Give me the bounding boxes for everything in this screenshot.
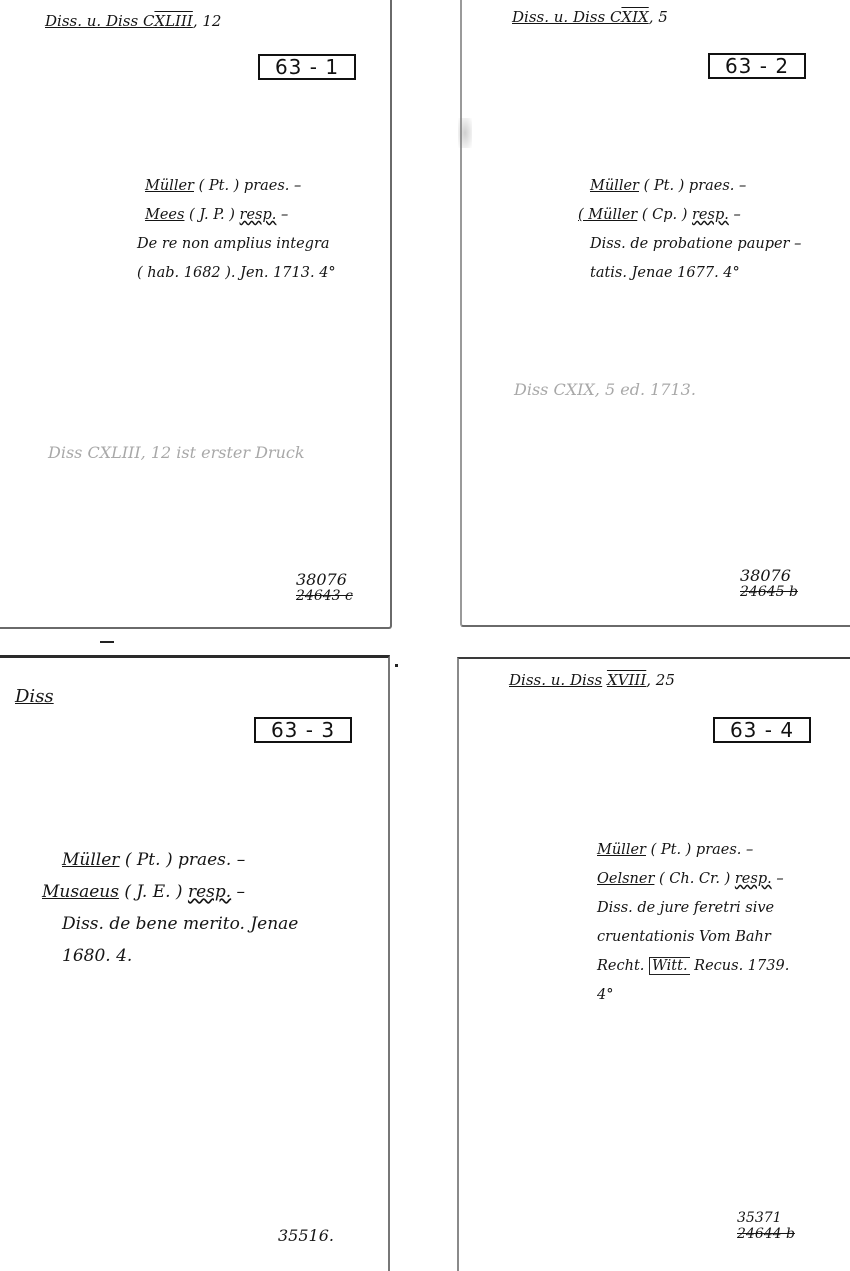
praeses-name: Müller	[597, 842, 646, 858]
shelfmark-prefix: Diss	[15, 686, 54, 707]
bibliographic-entry: Müller ( Pt. ) praes. – Oelsner ( Ch. Cr…	[597, 836, 789, 1010]
respondent-tail: –	[729, 207, 741, 223]
bibliographic-entry: Müller ( Pt. ) praes. – Mees ( J. P. ) r…	[145, 172, 336, 288]
imprint-place: Recht.	[597, 958, 649, 974]
old-accession-number: 24643 c	[296, 588, 353, 604]
praeses-detail: ( Pt. ) praes. –	[646, 842, 753, 858]
respondent-tail: –	[772, 871, 784, 887]
shelfmark-roman: XIX	[621, 8, 648, 26]
format-line: 4°	[597, 981, 789, 1010]
title-line-2: cruentationis Vom Bahr	[597, 923, 789, 952]
accession-number: 35371	[737, 1210, 795, 1226]
praeses-name: Müller	[590, 178, 639, 194]
accession-numbers: 38076 24645 b	[740, 568, 798, 600]
respondent-line: Oelsner ( Ch. Cr. ) resp. –	[597, 865, 789, 894]
accession-number: 38076	[296, 572, 353, 588]
accession-numbers: 38076 24643 c	[296, 572, 353, 604]
title-line: De re non amplius integra	[137, 230, 336, 259]
respondent-name: Musaeus	[42, 882, 119, 902]
respondent-role: resp.	[240, 207, 277, 223]
respondent-detail: ( Ch. Cr. )	[654, 871, 734, 887]
respondent-role: resp.	[188, 882, 231, 902]
respondent-detail: ( J. E. )	[119, 882, 188, 902]
praeses-detail: ( Pt. ) praes. –	[194, 178, 301, 194]
imprint-line: ( hab. 1682 ). Jen. 1713. 4°	[137, 259, 336, 288]
respondent-tail: –	[231, 882, 245, 902]
shelfmark-prefix: Diss. u. Diss C	[45, 12, 154, 30]
bibliographic-entry: Müller ( Pt. ) praes. – Musaeus ( J. E. …	[62, 844, 298, 972]
imprint-line: tatis. Jenae 1677. 4°	[590, 259, 801, 288]
shelfmark-prefix: Diss. u. Diss C	[512, 8, 621, 26]
card-id-label: 63 - 4	[713, 717, 811, 743]
praeses-detail: ( Pt. ) praes. –	[639, 178, 746, 194]
respondent-detail: ( J. P. )	[184, 207, 239, 223]
respondent-name: Mees	[145, 207, 184, 223]
praeses-line: Müller ( Pt. ) praes. –	[590, 172, 801, 201]
scan-mark	[100, 641, 114, 643]
pencil-note: Diss CXIX, 5 ed. 1713.	[514, 380, 696, 399]
shelfmark-suffix: , 12	[193, 12, 222, 30]
respondent-line: Mees ( J. P. ) resp. –	[145, 201, 336, 230]
title-line: Diss. de jure feretri sive	[597, 894, 789, 923]
respondent-name: ( Müller	[578, 207, 637, 223]
accession-numbers: 35371 24644 b	[737, 1210, 795, 1242]
catalog-card-4: Diss. u. Diss XVIII, 25 63 - 4 Müller ( …	[457, 657, 850, 1271]
shelfmark: Diss	[15, 686, 54, 707]
catalog-card-3: Diss 63 - 3 Müller ( Pt. ) praes. – Musa…	[0, 655, 390, 1271]
old-accession-number: 24644 b	[737, 1226, 795, 1242]
accession-numbers: 35516.	[278, 1228, 334, 1244]
card-id-label: 63 - 1	[258, 54, 356, 80]
shelfmark: Diss. u. Diss CXLIII, 12	[45, 12, 221, 30]
title-line: Diss. de bene merito. Jenae	[62, 908, 298, 940]
imprint-line: Recht. Witt. Recus. 1739.	[597, 952, 789, 981]
praeses-detail: ( Pt. ) praes. –	[119, 850, 245, 870]
shelfmark: Diss. u. Diss CXIX, 5	[512, 8, 668, 26]
respondent-role: resp.	[735, 871, 772, 887]
respondent-role: resp.	[692, 207, 729, 223]
catalog-card-1: Diss. u. Diss CXLIII, 12 63 - 1 Müller (…	[0, 0, 392, 629]
respondent-detail: ( Cp. )	[637, 207, 692, 223]
respondent-name: Oelsner	[597, 871, 654, 887]
accession-number: 35516.	[278, 1228, 334, 1244]
praeses-name: Müller	[62, 850, 119, 870]
shelfmark-suffix: , 25	[646, 671, 675, 689]
shelfmark-roman: XVIII	[607, 671, 646, 689]
scan-dot	[395, 664, 398, 667]
pencil-note: Diss CXLIII, 12 ist erster Druck	[48, 443, 305, 462]
shelfmark-roman: XLIII	[154, 12, 192, 30]
praeses-line: Müller ( Pt. ) praes. –	[62, 844, 298, 876]
praeses-line: Müller ( Pt. ) praes. –	[597, 836, 789, 865]
imprint-date: Recus. 1739.	[690, 958, 790, 974]
praeses-name: Müller	[145, 178, 194, 194]
card-id-label: 63 - 3	[254, 717, 352, 743]
catalog-card-2: Diss. u. Diss CXIX, 5 63 - 2 Müller ( Pt…	[460, 0, 850, 627]
shelfmark-prefix: Diss. u. Diss	[509, 671, 602, 689]
shelfmark-suffix: , 5	[649, 8, 668, 26]
scan-smudge	[458, 118, 472, 148]
imprint-boxed-place: Witt.	[649, 957, 690, 975]
imprint-line: 1680. 4.	[62, 940, 298, 972]
praeses-line: Müller ( Pt. ) praes. –	[145, 172, 336, 201]
respondent-tail: –	[276, 207, 288, 223]
title-line: Diss. de probatione pauper –	[590, 230, 801, 259]
respondent-line: ( Müller ( Cp. ) resp. –	[578, 201, 801, 230]
accession-number: 38076	[740, 568, 798, 584]
shelfmark: Diss. u. Diss XVIII, 25	[509, 671, 675, 689]
old-accession-number: 24645 b	[740, 584, 798, 600]
card-id-label: 63 - 2	[708, 53, 806, 79]
bibliographic-entry: Müller ( Pt. ) praes. – ( Müller ( Cp. )…	[590, 172, 801, 288]
respondent-line: Musaeus ( J. E. ) resp. –	[42, 876, 298, 908]
